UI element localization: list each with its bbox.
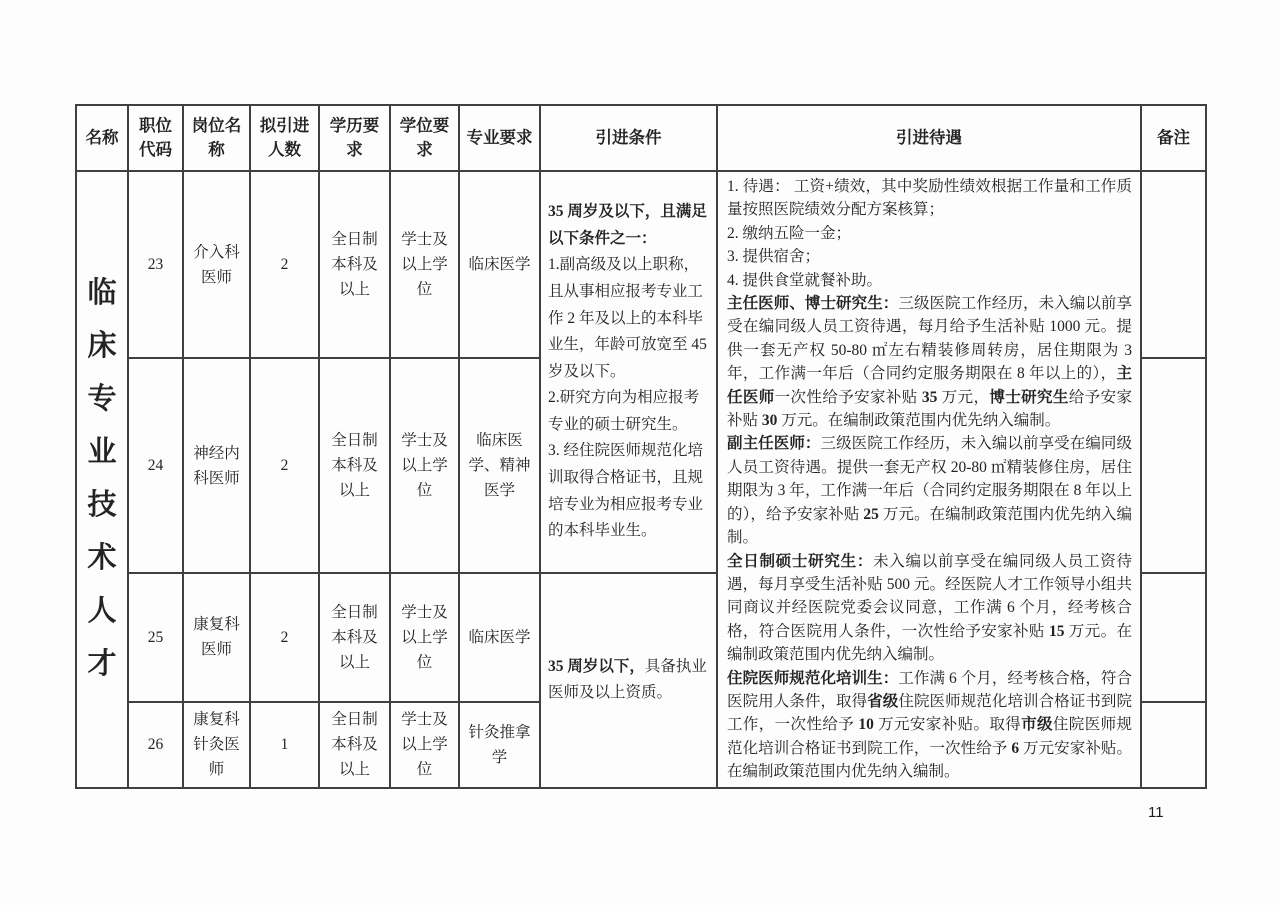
major-requirement: 临床医学: [459, 171, 540, 358]
table-header-row: 名称 职位代码 岗位名称 拟引进人数 学历要求 学位要求 专业要求 引进条件 引…: [76, 105, 1206, 171]
page-number: 11: [1148, 804, 1164, 821]
intro-condition-cell: 35 周岁以下，具备执业医师及以上资质。: [540, 573, 717, 788]
post-name: 介入科医师: [183, 171, 250, 358]
header-post-name: 岗位名称: [183, 105, 250, 171]
major-requirement: 针灸推拿学: [459, 702, 540, 788]
planned-count: 2: [250, 573, 319, 702]
position-code: 26: [128, 702, 183, 788]
table-row: 临床专业技术人才 23 介入科医师 2 全日制本科及以上 学士及以上学位 临床医…: [76, 171, 1206, 358]
degree-requirement: 学士及以上学位: [390, 171, 459, 358]
remark-cell: [1141, 358, 1206, 573]
position-code: 25: [128, 573, 183, 702]
intro-condition-cell: 35 周岁及以下，且满足以下条件之一：1.副高级及以上职称，且从事相应报考专业工…: [540, 171, 717, 573]
education-requirement: 全日制本科及以上: [319, 171, 390, 358]
header-intro-condition: 引进条件: [540, 105, 717, 171]
major-requirement: 临床医学: [459, 573, 540, 702]
document-page: 名称 职位代码 岗位名称 拟引进人数 学历要求 学位要求 专业要求 引进条件 引…: [0, 0, 1280, 905]
remark-cell: [1141, 171, 1206, 358]
planned-count: 2: [250, 358, 319, 573]
degree-requirement: 学士及以上学位: [390, 573, 459, 702]
category-label: 临床专业技术人才: [86, 267, 118, 691]
post-name: 神经内科医师: [183, 358, 250, 573]
header-position-code: 职位代码: [128, 105, 183, 171]
remark-cell: [1141, 573, 1206, 702]
degree-requirement: 学士及以上学位: [390, 702, 459, 788]
header-remark: 备注: [1141, 105, 1206, 171]
education-requirement: 全日制本科及以上: [319, 573, 390, 702]
major-requirement: 临床医学、精神医学: [459, 358, 540, 573]
header-degree-requirement: 学位要求: [390, 105, 459, 171]
header-planned-count: 拟引进人数: [250, 105, 319, 171]
category-cell: 临床专业技术人才: [76, 171, 128, 788]
position-code: 23: [128, 171, 183, 358]
position-code: 24: [128, 358, 183, 573]
planned-count: 1: [250, 702, 319, 788]
header-name: 名称: [76, 105, 128, 171]
intro-benefit-cell: 1. 待遇： 工资+绩效，其中奖励性绩效根据工作量和工作质量按照医院绩效分配方案…: [717, 171, 1141, 788]
recruitment-table: 名称 职位代码 岗位名称 拟引进人数 学历要求 学位要求 专业要求 引进条件 引…: [75, 104, 1207, 789]
education-requirement: 全日制本科及以上: [319, 702, 390, 788]
remark-cell: [1141, 702, 1206, 788]
header-intro-benefit: 引进待遇: [717, 105, 1141, 171]
post-name: 康复科医师: [183, 573, 250, 702]
header-education-requirement: 学历要求: [319, 105, 390, 171]
degree-requirement: 学士及以上学位: [390, 358, 459, 573]
header-major-requirement: 专业要求: [459, 105, 540, 171]
education-requirement: 全日制本科及以上: [319, 358, 390, 573]
post-name: 康复科针灸医师: [183, 702, 250, 788]
planned-count: 2: [250, 171, 319, 358]
